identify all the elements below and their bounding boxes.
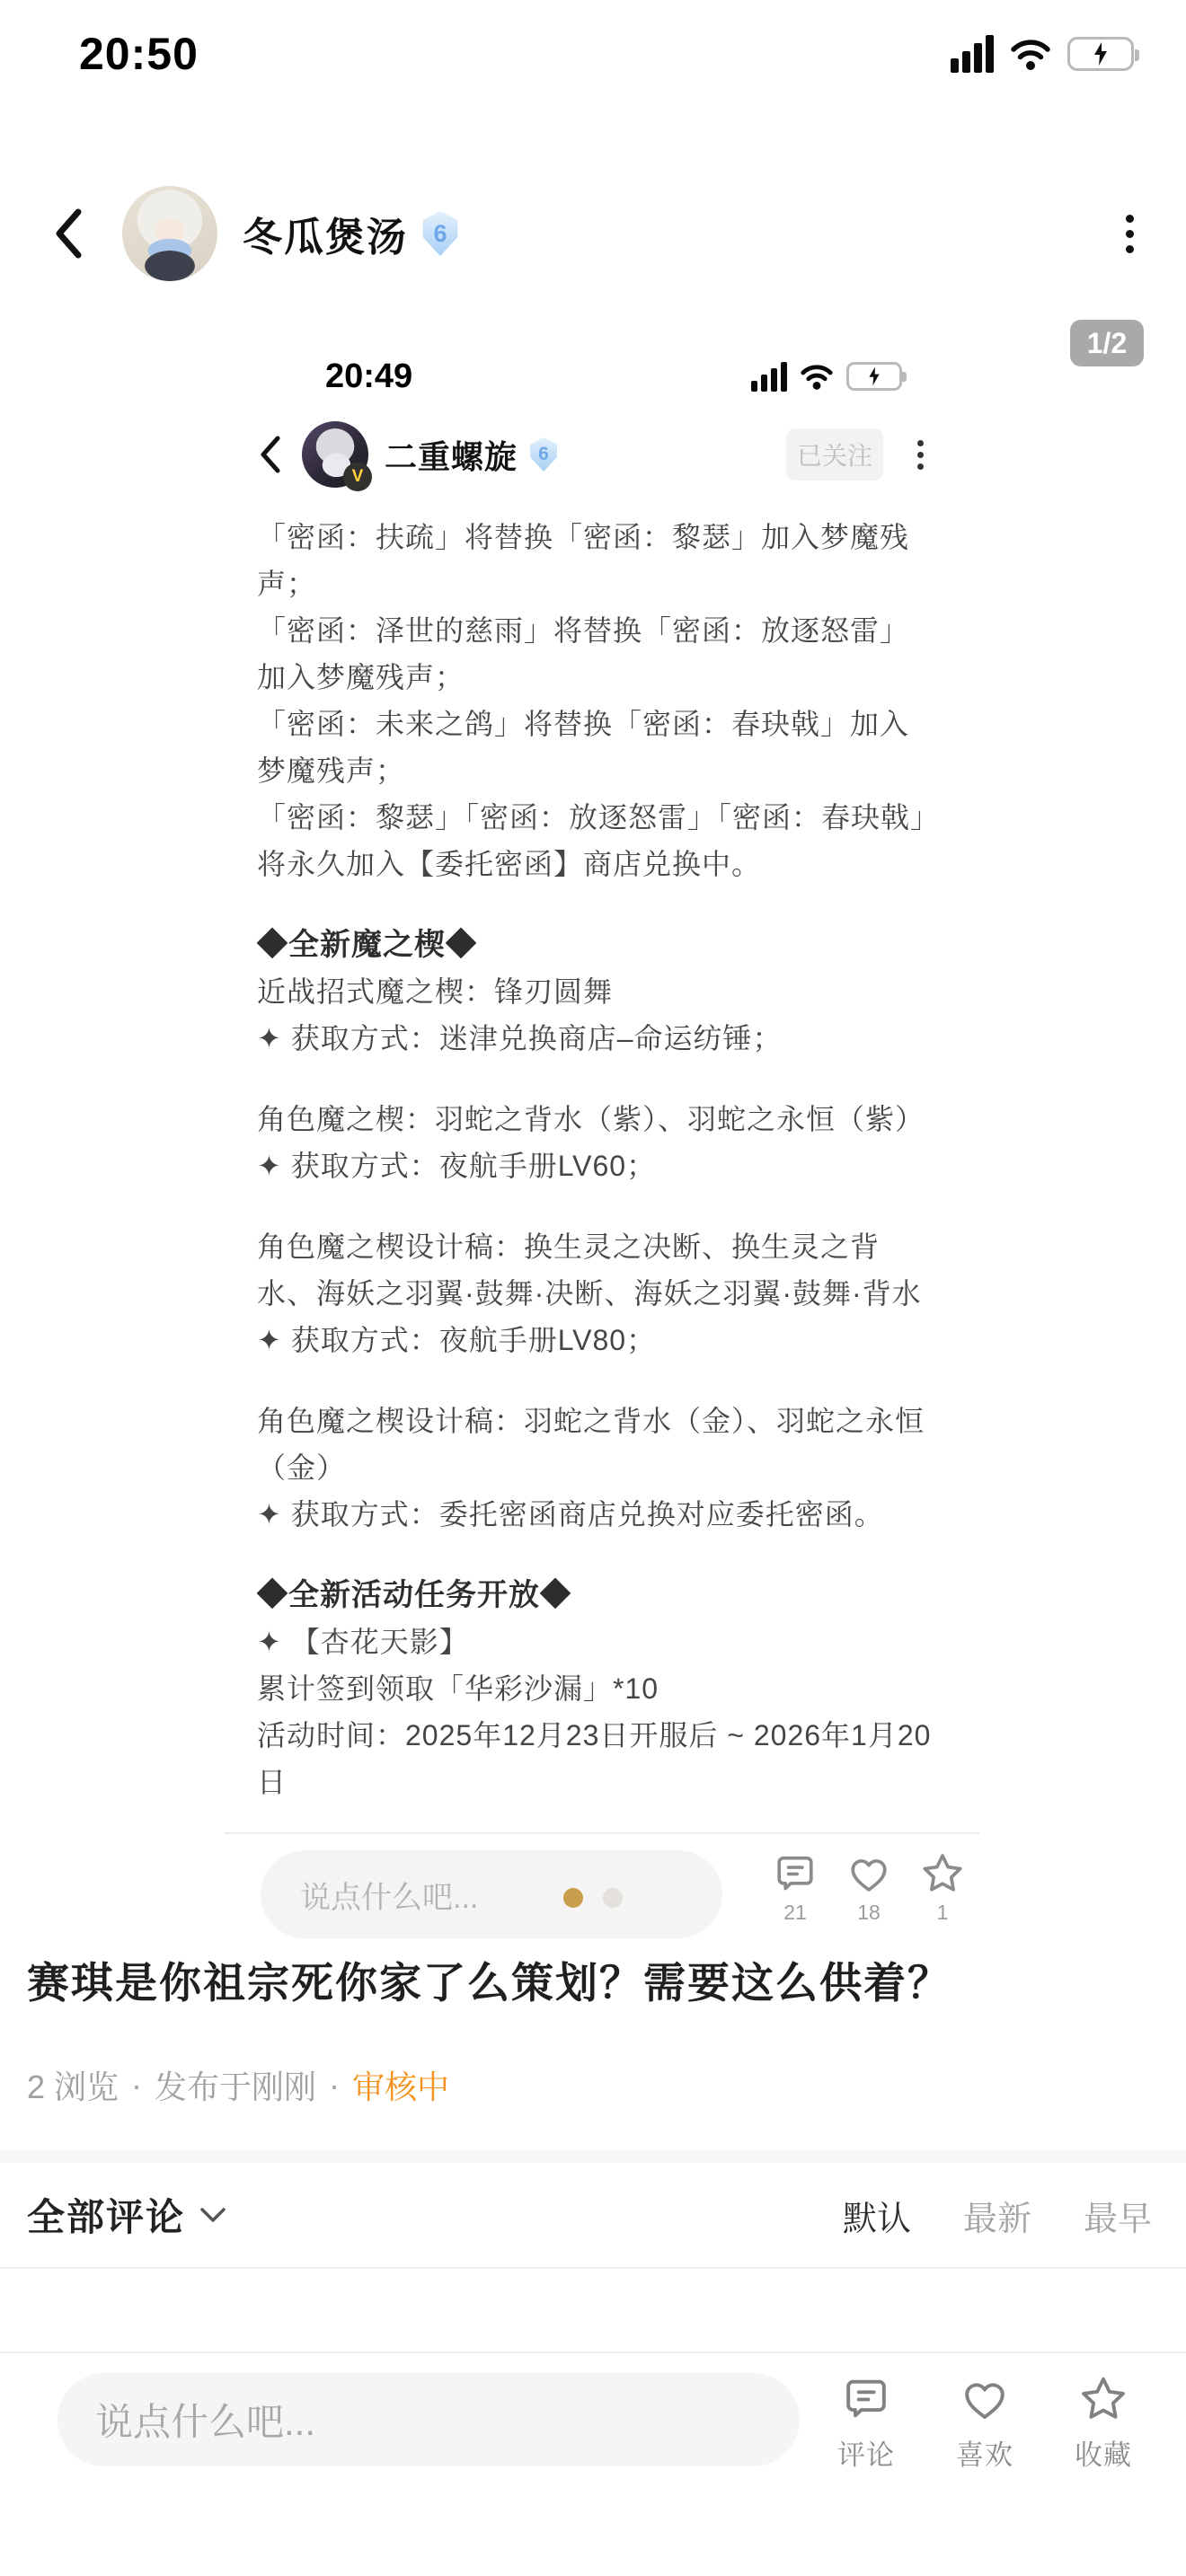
chevron-down-icon[interactable] — [199, 2207, 226, 2223]
comment-button[interactable]: 评论 — [823, 2373, 909, 2473]
screen: 20:50 冬瓜煲汤 6 1/2 20:49 — [0, 0, 1186, 2576]
inner-cellular-signal-icon — [751, 362, 787, 392]
inner-level-badge: 6 — [528, 437, 559, 472]
inner-battery-charging-icon — [846, 362, 902, 391]
body-line: 角色魔之楔设计稿：换生灵之决断、换生灵之背水、海妖之羽翼·鼓舞·决断、海妖之羽翼… — [257, 1223, 934, 1317]
back-icon[interactable] — [52, 207, 84, 260]
inner-header-bar: V 二重螺旋 6 已关注 — [225, 419, 979, 490]
body-line: 近战招式魔之楔：锋刃圆舞 — [257, 968, 934, 1015]
comment-input-placeholder: 说点什么吧... — [95, 2393, 315, 2447]
body-line — [257, 1363, 934, 1398]
body-line — [257, 1189, 934, 1223]
inner-status-bar: 20:49 — [225, 347, 979, 406]
body-line: ◆全新活动任务开放◆ — [257, 1572, 934, 1619]
comments-header: 全部评论 默认 最新 最早 — [0, 2163, 1186, 2269]
dot-active[interactable] — [563, 1888, 583, 1908]
bottom-composer-bar: 说点什么吧... 评论 喜欢 收藏 — [0, 2353, 1186, 2576]
composer-actions: 评论 喜欢 收藏 — [823, 2373, 1146, 2473]
meta-separator: · — [329, 2067, 340, 2104]
sort-default[interactable]: 默认 — [843, 2191, 911, 2240]
meta-separator: · — [131, 2067, 142, 2104]
post-title: 赛琪是你祖宗死你家了么策划？需要这么供着？ — [27, 1954, 1154, 2012]
wifi-icon — [1008, 36, 1053, 72]
level-badge: 6 — [420, 211, 460, 256]
inner-divider — [225, 1832, 979, 1834]
post-meta: 2 浏览 · 发布于刚刚 · 审核中 — [27, 2062, 449, 2108]
view-count: 2 浏览 — [27, 2062, 119, 2108]
inner-wifi-icon — [799, 362, 835, 391]
body-line: 「密函：扶疏」将替换「密函：黎瑟」加入梦魔残声； — [257, 514, 934, 607]
body-line — [257, 1062, 934, 1096]
post-time: 发布于刚刚 — [155, 2062, 316, 2108]
announcement-text: 「密函：扶疏」将替换「密函：黎瑟」加入梦魔残声；「密函：泽世的慈雨」将替换「密函… — [257, 514, 934, 1805]
inner-clock: 20:49 — [325, 357, 412, 396]
body-line: 角色魔之楔：羽蛇之背水（紫）、羽蛇之永恒（紫） — [257, 1096, 934, 1142]
inner-author-username: 二重螺旋 — [385, 432, 518, 478]
body-line — [257, 887, 934, 922]
sort-earliest[interactable]: 最早 — [1084, 2191, 1152, 2240]
more-options-icon[interactable] — [1120, 209, 1139, 259]
verified-v-badge: V — [343, 463, 372, 491]
like-button-label: 喜欢 — [956, 2432, 1013, 2473]
post-image-screenshot[interactable]: 20:49 V 二重螺旋 6 — [225, 305, 979, 1938]
body-line: ✦ 获取方式：夜航手册LV80； — [257, 1317, 934, 1363]
image-carousel-dots[interactable] — [0, 1888, 1186, 1908]
body-line: ✦ 获取方式：委托密函商店兑换对应委托密函。 — [257, 1491, 934, 1538]
status-bar: 20:50 — [0, 0, 1186, 99]
body-line: ✦ 获取方式：夜航手册LV60； — [257, 1142, 934, 1189]
inner-back-icon — [259, 435, 282, 474]
followed-button: 已关注 — [786, 428, 883, 481]
inner-status-icons — [751, 362, 902, 392]
body-line: 角色魔之楔设计稿：羽蛇之背水（金）、羽蛇之永恒（金） — [257, 1398, 934, 1491]
body-line — [257, 1538, 934, 1572]
battery-charging-icon — [1067, 37, 1134, 71]
body-line: 「密函：黎瑟」「密函：放逐怒雷」「密函：春玦戟」将永久加入【委托密函】商店兑换中… — [257, 794, 934, 887]
star-icon — [1077, 2373, 1129, 2425]
body-line: 「密函：泽世的慈雨」将替换「密函：放逐怒雷」加入梦魔残声； — [257, 607, 934, 701]
like-button[interactable]: 喜欢 — [942, 2373, 1028, 2473]
comment-bubble-icon — [840, 2373, 892, 2425]
body-line: 累计签到领取「华彩沙漏」*10 — [257, 1665, 934, 1712]
body-line: ✦ 获取方式：迷津兑换商店–命运纺锤； — [257, 1015, 934, 1062]
author-username[interactable]: 冬瓜煲汤 — [243, 205, 408, 262]
comment-button-label: 评论 — [837, 2432, 895, 2473]
post-header-bar: 冬瓜煲汤 6 — [0, 169, 1186, 298]
sort-newest[interactable]: 最新 — [963, 2191, 1031, 2240]
comment-input[interactable]: 说点什么吧... — [58, 2373, 800, 2466]
sort-options: 默认 最新 最早 — [843, 2191, 1152, 2240]
heart-icon — [959, 2373, 1011, 2425]
section-divider-band — [0, 2150, 1186, 2163]
inner-more-options-icon — [912, 435, 929, 475]
favorite-button[interactable]: 收藏 — [1060, 2373, 1146, 2473]
body-line: ◆全新魔之楔◆ — [257, 922, 934, 968]
status-icons — [951, 35, 1134, 73]
body-line: ✦ 【杏花天影】 — [257, 1619, 934, 1665]
body-line: 活动时间：2025年12月23日开服后 ~ 2026年1月20日 — [257, 1712, 934, 1805]
audit-status-badge: 审核中 — [352, 2062, 449, 2108]
favorite-button-label: 收藏 — [1075, 2432, 1132, 2473]
author-avatar[interactable] — [122, 186, 217, 281]
clock: 20:50 — [79, 28, 199, 80]
dot-inactive[interactable] — [603, 1888, 623, 1908]
inner-author-avatar: V — [302, 421, 368, 488]
image-page-indicator: 1/2 — [1070, 320, 1144, 366]
comments-filter-label[interactable]: 全部评论 — [27, 2188, 185, 2242]
cellular-signal-icon — [951, 35, 994, 73]
body-line: 「密函：未来之鸽」将替换「密函：春玦戟」加入梦魔残声； — [257, 701, 934, 794]
